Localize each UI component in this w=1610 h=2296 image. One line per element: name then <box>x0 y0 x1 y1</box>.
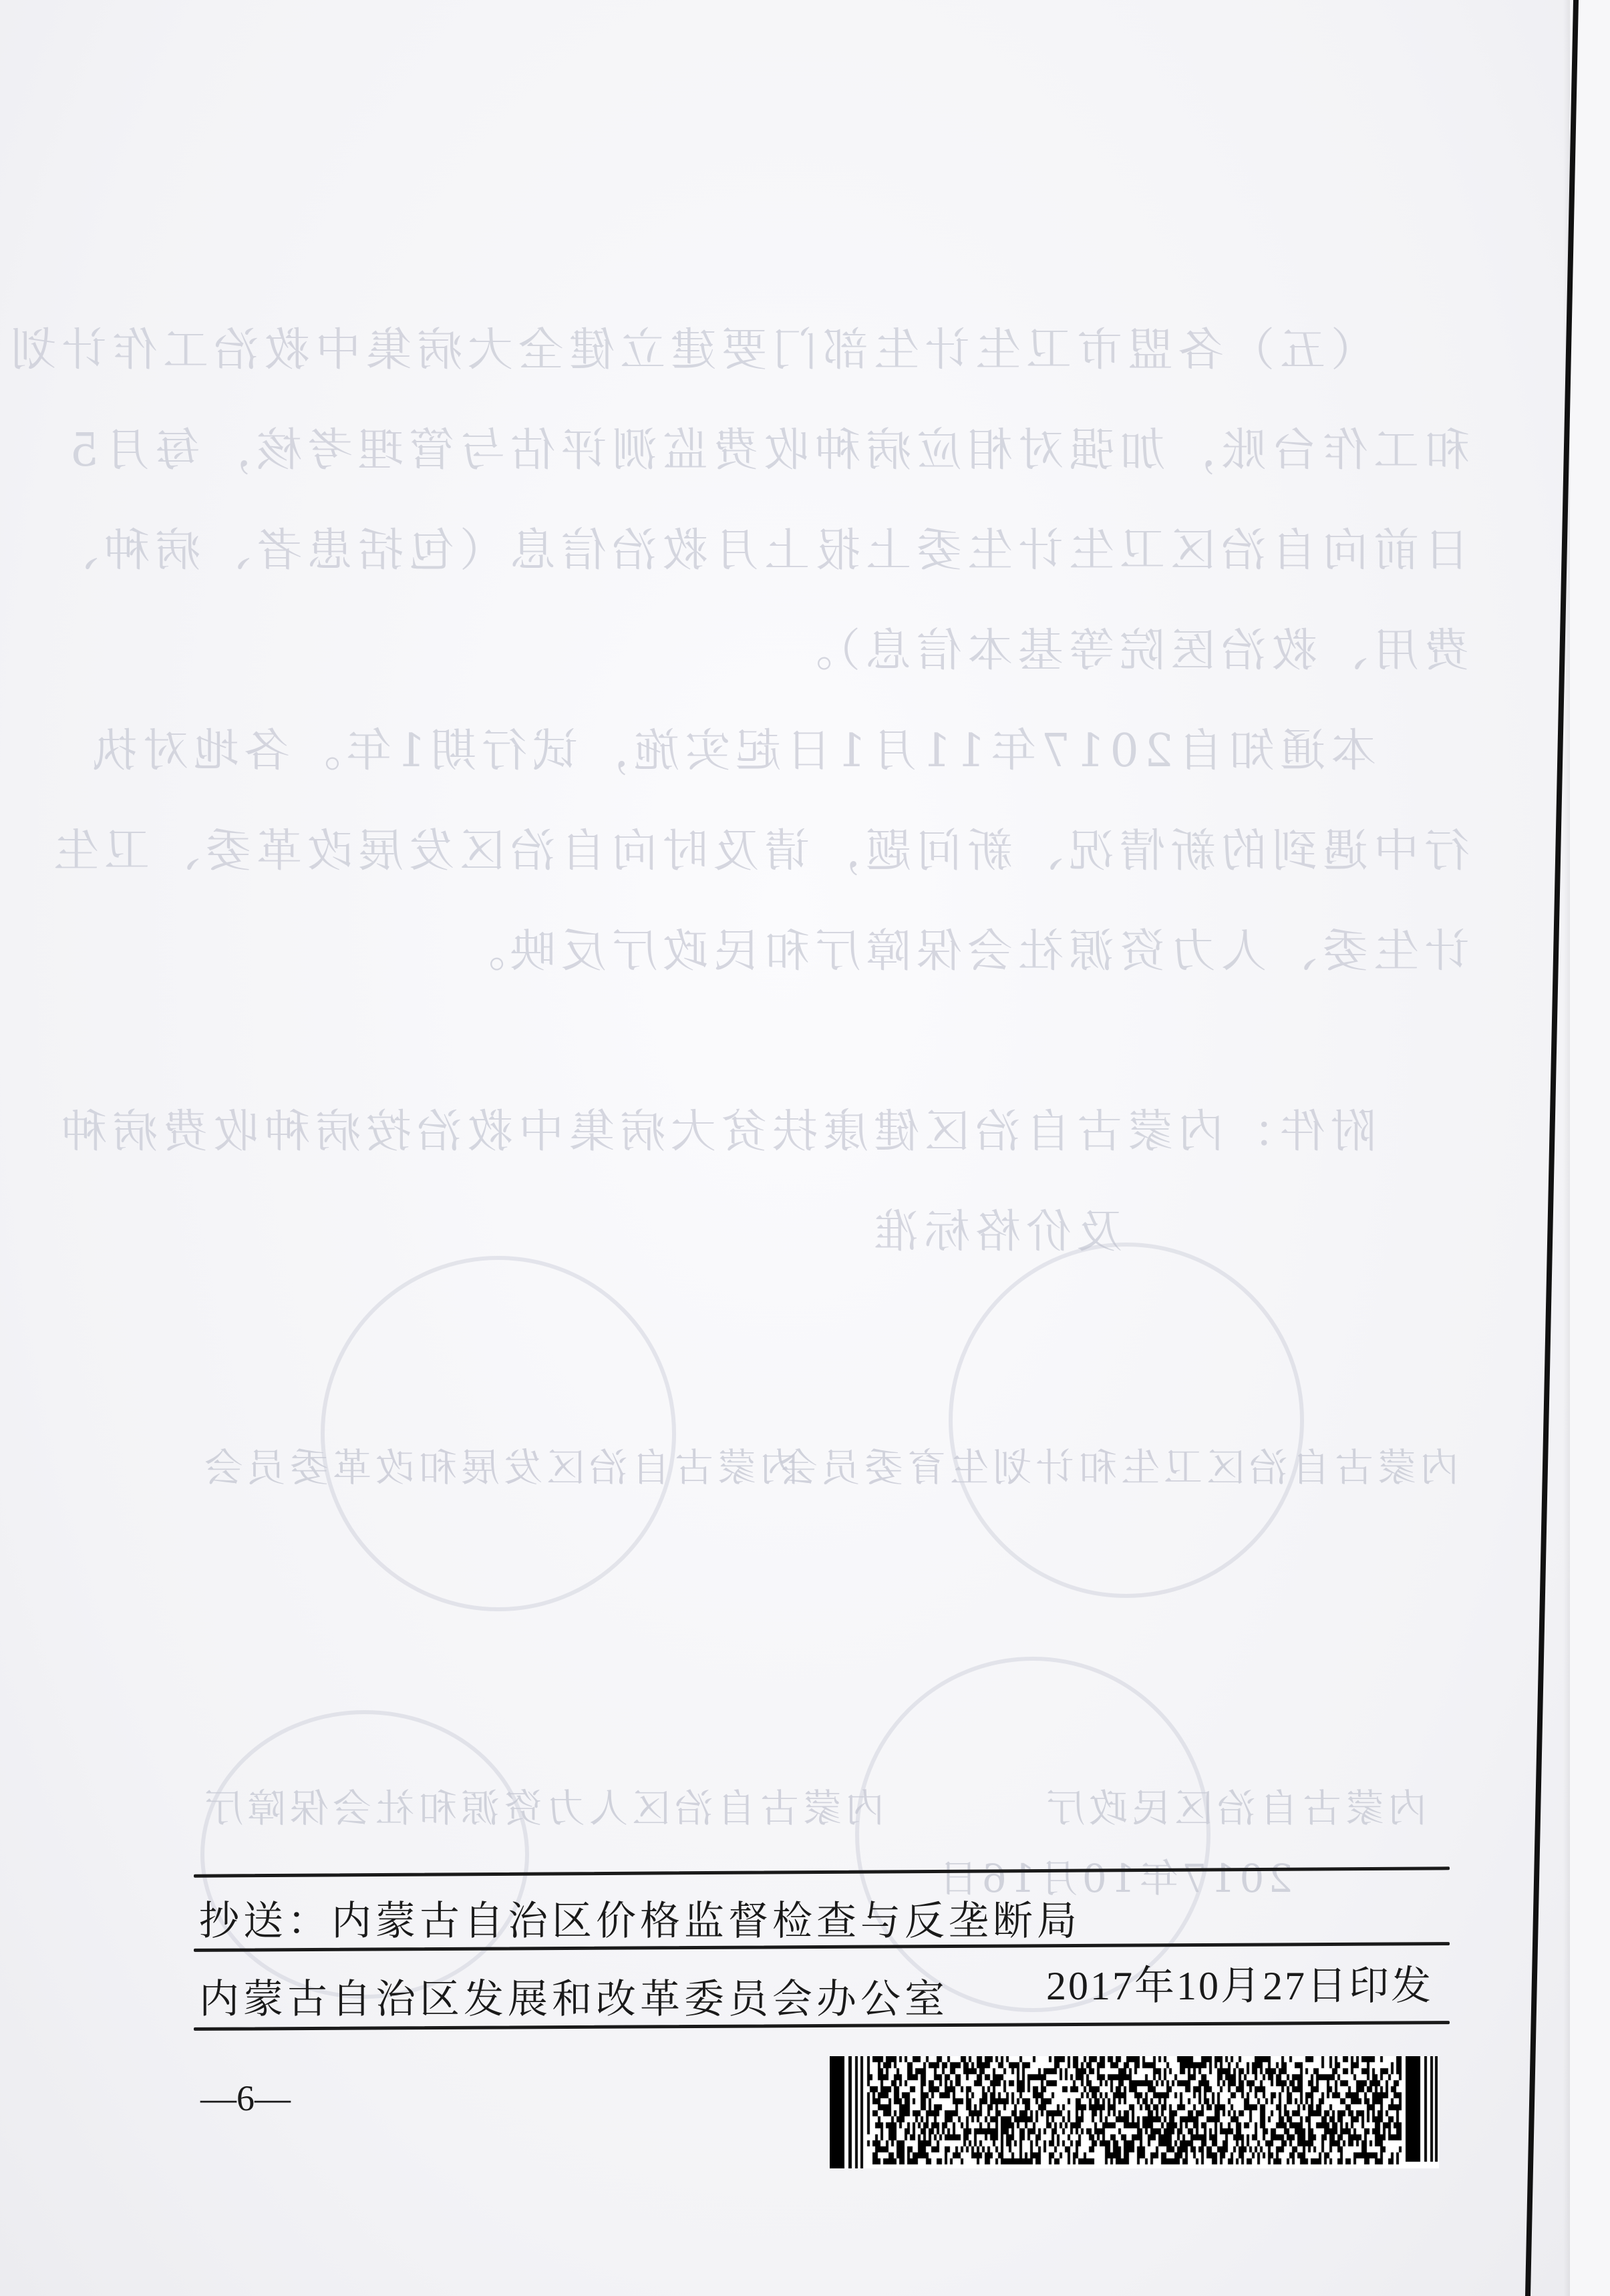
stamp-bleed <box>949 1243 1304 1598</box>
page-number: —6— <box>200 2078 291 2119</box>
bleed-line: 及价格标准 <box>200 1182 1470 1283</box>
page-edge <box>1570 0 1610 2296</box>
bleed-signatory: 内蒙古自治区卫生和计划生育委员会 <box>775 1436 1459 1492</box>
cc-recipient: 内蒙古自治区价格监督检查与反垄断局 <box>331 1898 1081 1945</box>
bleed-signatory: 内蒙古自治区民政厅 <box>1042 1777 1427 1833</box>
bleed-signatory: 内蒙古自治区人力资源和社会保障厅 <box>200 1777 884 1833</box>
bleed-signatory: 内蒙古自治区发展和改革委员会 <box>200 1436 799 1492</box>
issuing-office: 内蒙古自治区发展和改革委员会办公室 <box>199 1967 949 2025</box>
pdf417-barcode <box>830 2056 1439 2168</box>
cc-label: 抄送： <box>199 1898 331 1945</box>
cc-line: 抄送：内蒙古自治区价格监督检查与反垄断局 <box>199 1889 1081 1947</box>
bleed-line: 行中遇到的新情况、新问题，请及时向自治区发展改革委、卫生 <box>200 802 1470 902</box>
bleed-line: 费用、救治医院等基本信息）。 <box>200 601 1470 701</box>
stamp-bleed <box>321 1256 676 1611</box>
bleed-line: （五）各盟市卫生计生部门要建立健全大病集中救治工作计划 <box>200 301 1470 401</box>
stamp-bleed <box>200 1710 529 1999</box>
bleed-line: 日前向自治区卫生计生委上报上月救治信息（包括患者、病种、 <box>200 501 1470 601</box>
bleed-line: 和工作台账，加强对相应病种收费监测评估与管理考核，每月5 <box>200 401 1470 501</box>
bleed-through-text: （五）各盟市卫生计生部门要建立健全大病集中救治工作计划 和工作台账，加强对相应病… <box>200 301 1470 1283</box>
print-date: 2017年10月27日印发 <box>1046 1954 1433 2011</box>
bleed-line: 本通知自2017年11月1日起实施，试行期1年。各地对执 <box>200 701 1470 802</box>
bleed-line: 计生委、人力资源社会保障厅和民政厅反映。 <box>200 902 1470 1002</box>
bleed-line: 附件：内蒙古自治区健康扶贫大病集中救治按病种收费病种 <box>200 1082 1470 1182</box>
